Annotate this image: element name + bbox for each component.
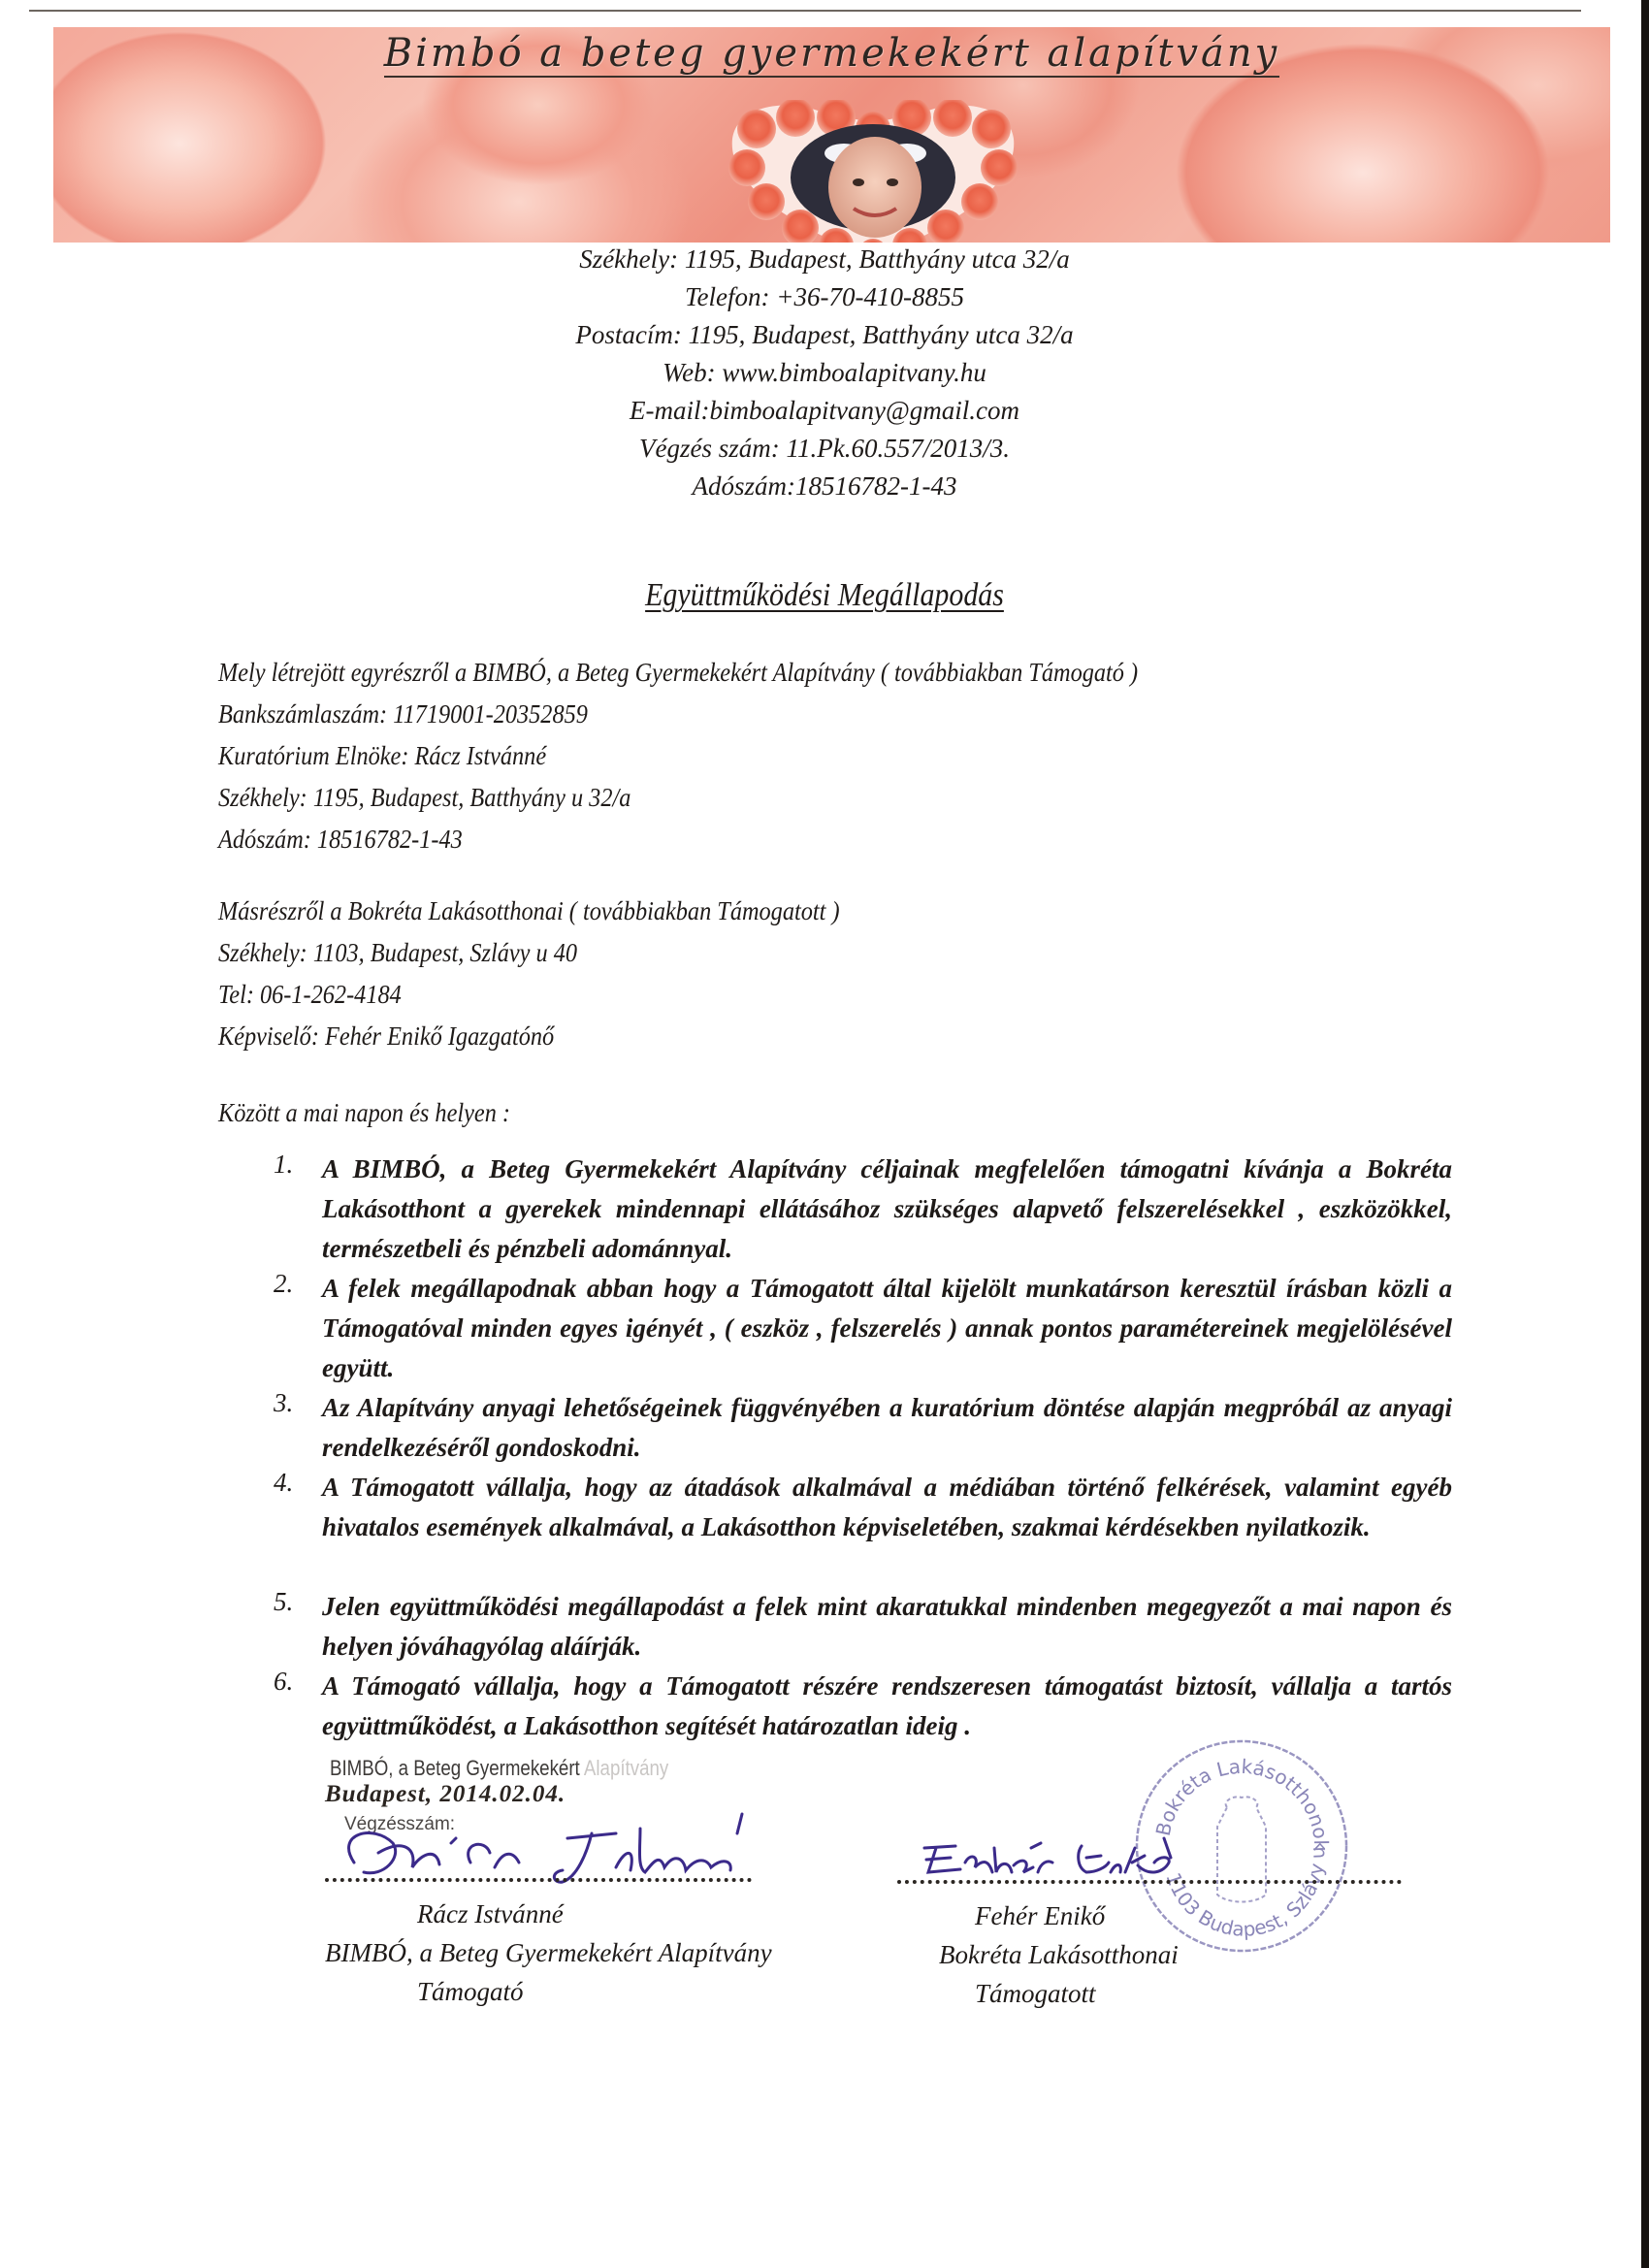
organization-seal: BIMBÓ, a Beteg Gyermekekért Alapítvány — [330, 1756, 668, 1781]
party-supporter: Mely létrejött egyrészről a BIMBÓ, a Bet… — [218, 652, 1240, 860]
email: E-mail:bimboalapitvany@gmail.com — [0, 392, 1649, 430]
clause-number: 5. — [274, 1587, 293, 1617]
court-order-number: Végzés szám: 11.Pk.60.557/2013/3. — [0, 430, 1649, 468]
banner-title: Bimbó a beteg gyermekekért alapítvány — [53, 31, 1610, 76]
document-title: Együttműködési Megállapodás — [99, 577, 1550, 614]
clause-number: 3. — [274, 1388, 293, 1418]
clause-text: A BIMBÓ, a Beteg Gyermekekért Alapítvány… — [322, 1150, 1452, 1269]
banner-title-text: Bimbó a beteg gyermekekért alapítvány — [384, 31, 1280, 78]
letterhead-banner: Bimbó a beteg gyermekekért alapítvány — [53, 27, 1610, 243]
between-text: Között a mai napon és helyen : — [218, 1092, 510, 1134]
signer-org-right: Bokréta Lakásotthonai — [939, 1940, 1179, 1970]
clause-item: 2.A felek megállapodnak abban hogy a Tám… — [274, 1269, 1452, 1388]
signer-role-right: Támogatott — [975, 1979, 1096, 2009]
between-clause: Között a mai napon és helyen : — [218, 1092, 542, 1134]
party2-intro: Másrészről a Bokréta Lakásotthonai ( tov… — [218, 891, 840, 932]
clause-text: A Támogatott vállalja, hogy az átadások … — [322, 1468, 1452, 1587]
letterhead-contact: Székhely: 1195, Budapest, Batthyány utca… — [0, 241, 1649, 505]
seal-text: BIMBÓ, a Beteg Gyermekekért — [330, 1756, 580, 1780]
signature-line-right — [897, 1880, 1402, 1884]
party1-bank-account: Bankszámlaszám: 11719001-20352859 — [218, 694, 1138, 735]
clause-item: 1.A BIMBÓ, a Beteg Gyermekekért Alapítvá… — [274, 1150, 1452, 1269]
clause-text: Jelen együttműködési megállapodást a fel… — [322, 1587, 1452, 1667]
handwritten-signature-feher — [917, 1819, 1188, 1887]
party2-phone: Tel: 06-1-262-4184 — [218, 974, 840, 1016]
signer-name-right: Fehér Enikő — [975, 1901, 1105, 1931]
party1-intro: Mely létrejött egyrészről a BIMBÓ, a Bet… — [218, 652, 1138, 694]
party1-tax-number: Adószám: 18516782-1-43 — [218, 819, 1138, 860]
party2-representative: Képviselő: Fehér Enikő Igazgatónő — [218, 1016, 840, 1057]
clause-number: 4. — [274, 1468, 293, 1498]
clauses-list: 1.A BIMBÓ, a Beteg Gyermekekért Alapítvá… — [274, 1150, 1452, 1746]
clause-text: A felek megállapodnak abban hogy a Támog… — [322, 1269, 1452, 1388]
tax-number: Adószám:18516782-1-43 — [0, 468, 1649, 505]
signer-name-left: Rácz Istvánné — [417, 1899, 564, 1929]
signature-line-left — [325, 1878, 752, 1882]
party1-address: Székhely: 1195, Budapest, Batthyány u 32… — [218, 777, 1138, 819]
seal-text-faded: Alapítvány — [580, 1756, 668, 1780]
party1-chair: Kuratórium Elnöke: Rácz Istvánné — [218, 735, 1138, 777]
phone: Telefon: +36-70-410-8855 — [0, 278, 1649, 316]
signer-org-left: BIMBÓ, a Beteg Gyermekekért Alapítvány — [325, 1938, 772, 1968]
clause-item: 3.Az Alapítvány anyagi lehetőségeinek fü… — [274, 1388, 1452, 1468]
scan-edge-line — [29, 10, 1581, 12]
child-portrait-heart-image — [718, 100, 1028, 243]
clause-item: 4.A Támogatott vállalja, hogy az átadáso… — [274, 1468, 1452, 1587]
postal-address: Postacím: 1195, Budapest, Batthyány utca… — [0, 316, 1649, 354]
clause-number: 6. — [274, 1667, 293, 1697]
website: Web: www.bimboalapitvany.hu — [0, 354, 1649, 392]
clause-item: 5.Jelen együttműködési megállapodást a f… — [274, 1587, 1452, 1667]
signature-block-supported: Bokréta Lakásotthonok 1103 Budapest, Szl… — [897, 1727, 1411, 2027]
party2-address: Székhely: 1103, Budapest, Szlávy u 40 — [218, 932, 840, 974]
hq-address: Székhely: 1195, Budapest, Batthyány utca… — [0, 241, 1649, 278]
clause-text: Az Alapítvány anyagi lehetőségeinek függ… — [322, 1388, 1452, 1468]
party-supported: Másrészről a Bokréta Lakásotthonai ( tov… — [218, 891, 909, 1057]
signer-role-left: Támogató — [417, 1977, 524, 2007]
clause-number: 1. — [274, 1150, 293, 1180]
handwritten-signature-racz — [325, 1795, 791, 1892]
clause-number: 2. — [274, 1269, 293, 1299]
